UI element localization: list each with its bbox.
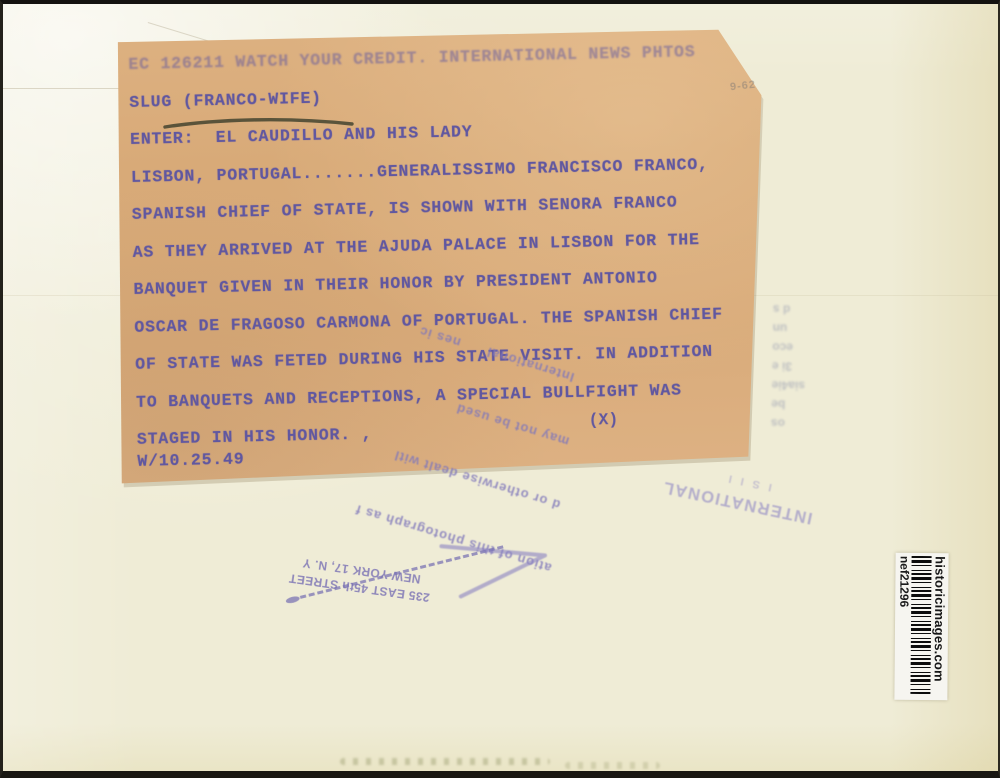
side-stamp-fragments: os be sia4ie 3i e eco un d s bbox=[771, 294, 868, 434]
photo-back-scan: EC 126211 WATCH YOUR CREDIT. INTERNATION… bbox=[0, 0, 1000, 778]
sticker-id-text: nef21296 bbox=[896, 556, 910, 697]
barcode bbox=[910, 556, 931, 694]
stamp-line: INTERNATIONAL bbox=[624, 468, 814, 529]
stamp-line: NEW YORK 17, N. Y bbox=[282, 551, 441, 590]
stamp-line: 235 EAST 45th STREET bbox=[280, 568, 439, 607]
caption-slip: EC 126211 WATCH YOUR CREDIT. INTERNATION… bbox=[112, 26, 764, 488]
x-mark: (X) bbox=[588, 410, 618, 430]
ink-smudge bbox=[340, 758, 550, 765]
sticker-site-text: historicimages.com bbox=[931, 556, 946, 697]
pen-checkmark bbox=[427, 527, 559, 610]
paper-crease bbox=[2, 88, 120, 89]
barcode-sticker: historicimages.com nef21296 bbox=[894, 553, 948, 700]
ink-smudge bbox=[565, 762, 660, 769]
typed-caption: EC 126211 WATCH YOUR CREDIT. INTERNATION… bbox=[128, 32, 766, 480]
